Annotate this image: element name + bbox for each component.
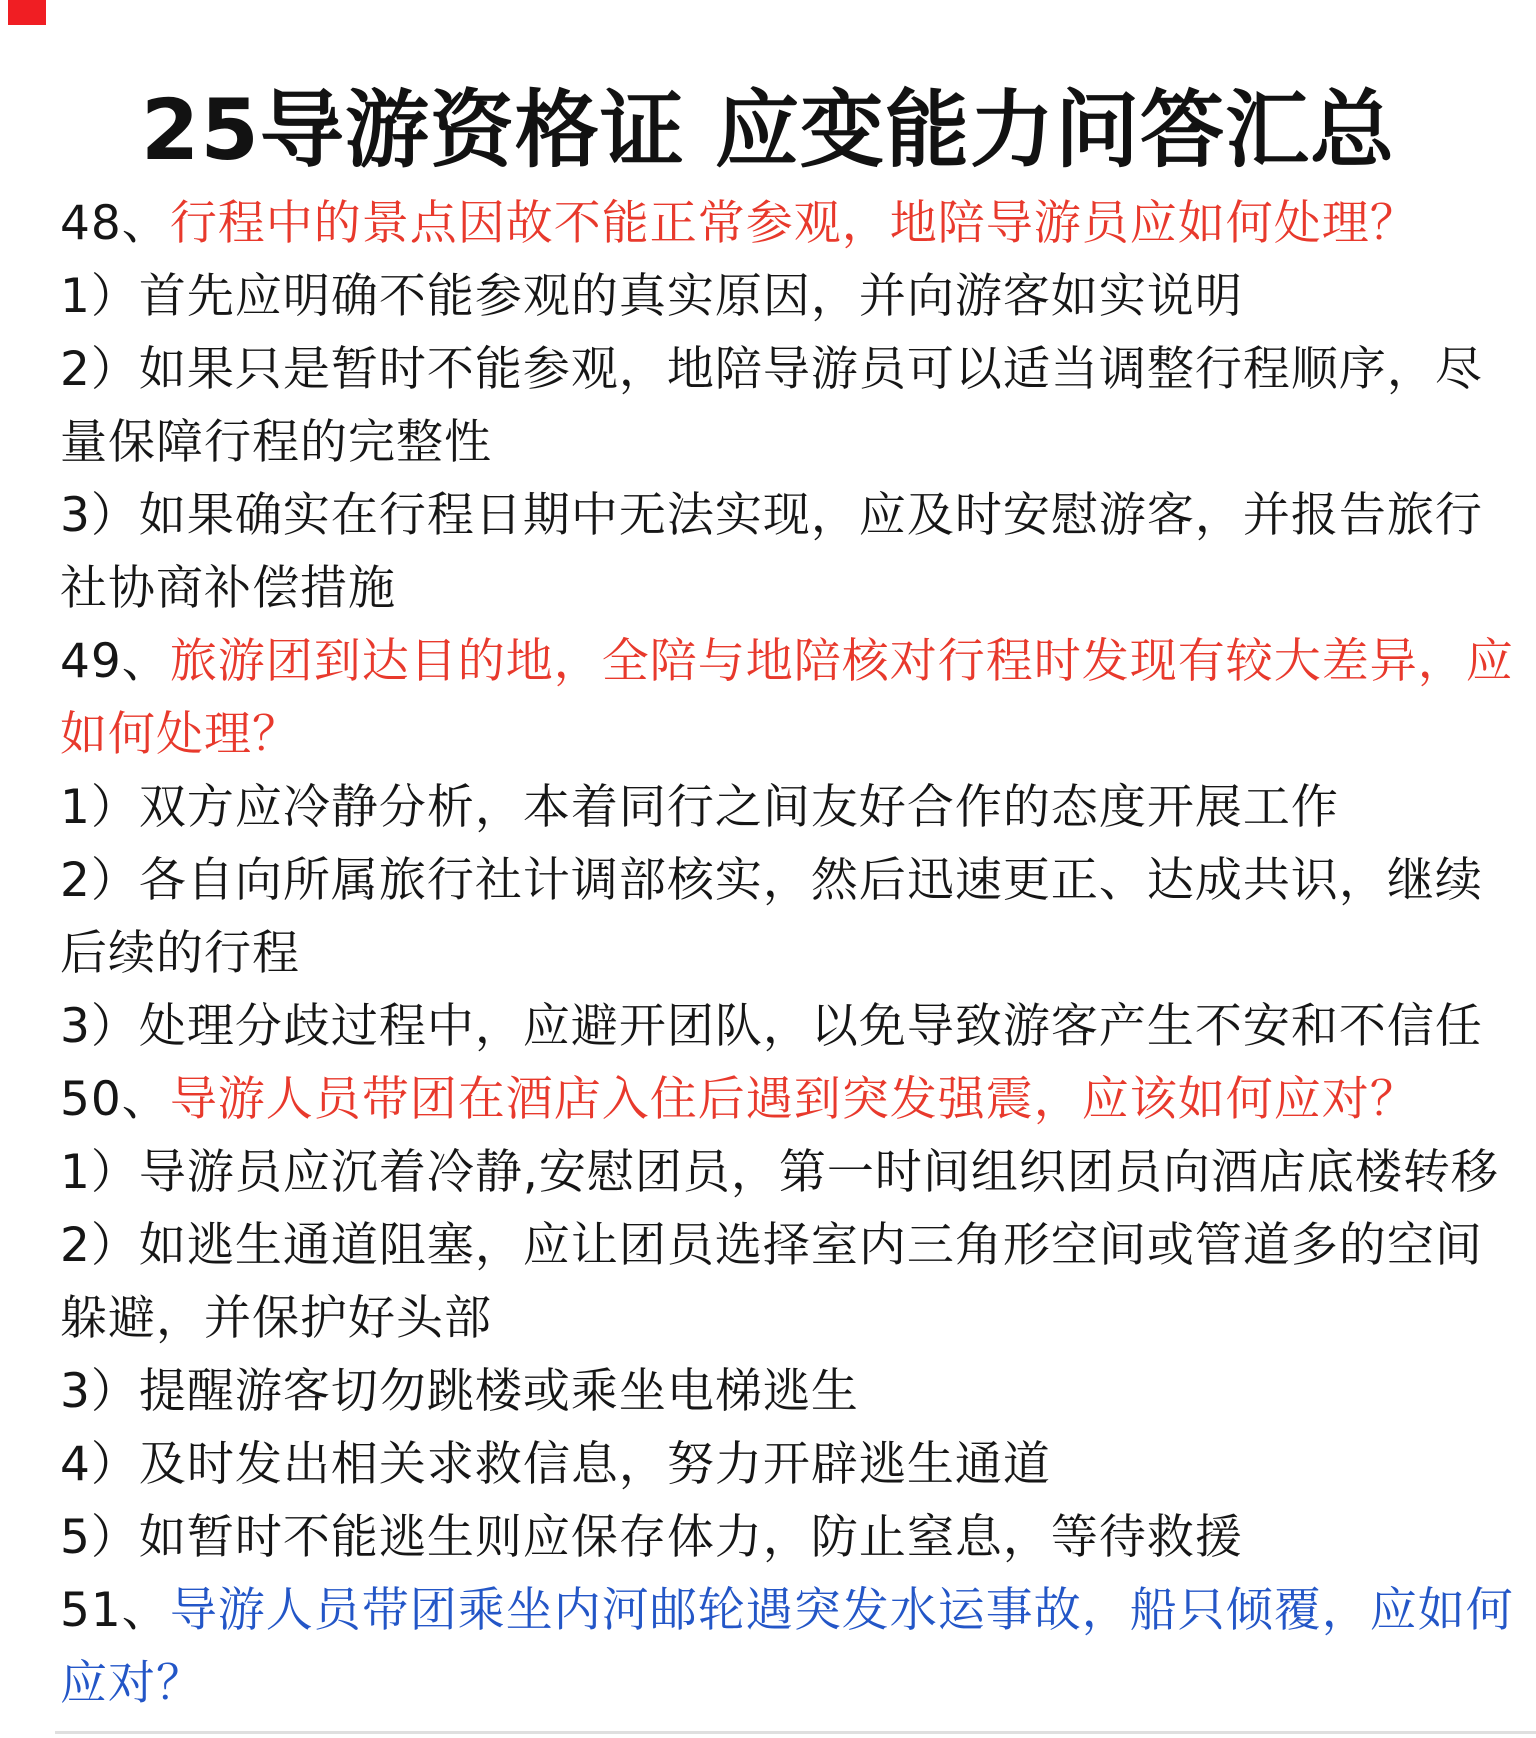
document-page: 25导游资格证 应变能力问答汇总 48、行程中的景点因故不能正常参观，地陪导游员…	[0, 0, 1536, 1738]
answer-block: 5）如暂时不能逃生则应保存体力，防止窒息，等待救援	[60, 1501, 1516, 1574]
answer-block: 4）及时发出相关求救信息，努力开辟逃生通道	[60, 1428, 1516, 1501]
question-number: 48、	[60, 196, 170, 251]
corner-red-mark	[8, 0, 46, 25]
answer-block: 2）如果只是暂时不能参观，地陪导游员可以适当调整行程顺序，尽 量保障行程的完整性	[60, 333, 1516, 479]
question-number: 51、	[60, 1583, 170, 1638]
question-block: 48、行程中的景点因故不能正常参观，地陪导游员应如何处理？	[60, 187, 1516, 260]
answer-block: 3）提醒游客切勿跳楼或乘坐电梯逃生	[60, 1355, 1516, 1428]
question-block: 49、旅游团到达目的地，全陪与地陪核对行程时发现有较大差异，应 如何处理？	[60, 625, 1516, 771]
answer-block: 3）如果确实在行程日期中无法实现，应及时安慰游客，并报告旅行 社协商补偿措施	[60, 479, 1516, 625]
question-block: 50、导游人员带团在酒店入住后遇到突发强震，应该如何应对？	[60, 1063, 1516, 1136]
page-title: 25导游资格证 应变能力问答汇总	[0, 82, 1536, 179]
answer-block: 2）如逃生通道阻塞，应让团员选择室内三角形空间或管道多的空间 躲避，并保护好头部	[60, 1209, 1516, 1355]
bottom-divider	[55, 1731, 1536, 1734]
answer-block: 1）双方应冷静分析，本着同行之间友好合作的态度开展工作	[60, 771, 1516, 844]
answer-block: 2）各自向所属旅行社计调部核实，然后迅速更正、达成共识，继续 后续的行程	[60, 844, 1516, 990]
question-number: 49、	[60, 634, 170, 689]
question-text: 导游人员带团乘坐内河邮轮遇突发水运事故，船只倾覆，应如何 应对？	[60, 1583, 1514, 1711]
question-text: 导游人员带团在酒店入住后遇到突发强震，应该如何应对？	[170, 1072, 1418, 1127]
answer-block: 1）导游员应沉着冷静,安慰团员，第一时间组织团员向酒店底楼转移	[60, 1136, 1516, 1209]
answer-block: 3）处理分歧过程中，应避开团队，以免导致游客产生不安和不信任	[60, 990, 1516, 1063]
question-number: 50、	[60, 1072, 170, 1127]
question-block: 51、导游人员带团乘坐内河邮轮遇突发水运事故，船只倾覆，应如何 应对？	[60, 1574, 1516, 1720]
question-text: 旅游团到达目的地，全陪与地陪核对行程时发现有较大差异，应 如何处理？	[60, 634, 1514, 762]
question-text: 行程中的景点因故不能正常参观，地陪导游员应如何处理？	[170, 196, 1418, 251]
answer-block: 1）首先应明确不能参观的真实原因，并向游客如实说明	[60, 260, 1516, 333]
qa-list: 48、行程中的景点因故不能正常参观，地陪导游员应如何处理？1）首先应明确不能参观…	[60, 187, 1516, 1720]
